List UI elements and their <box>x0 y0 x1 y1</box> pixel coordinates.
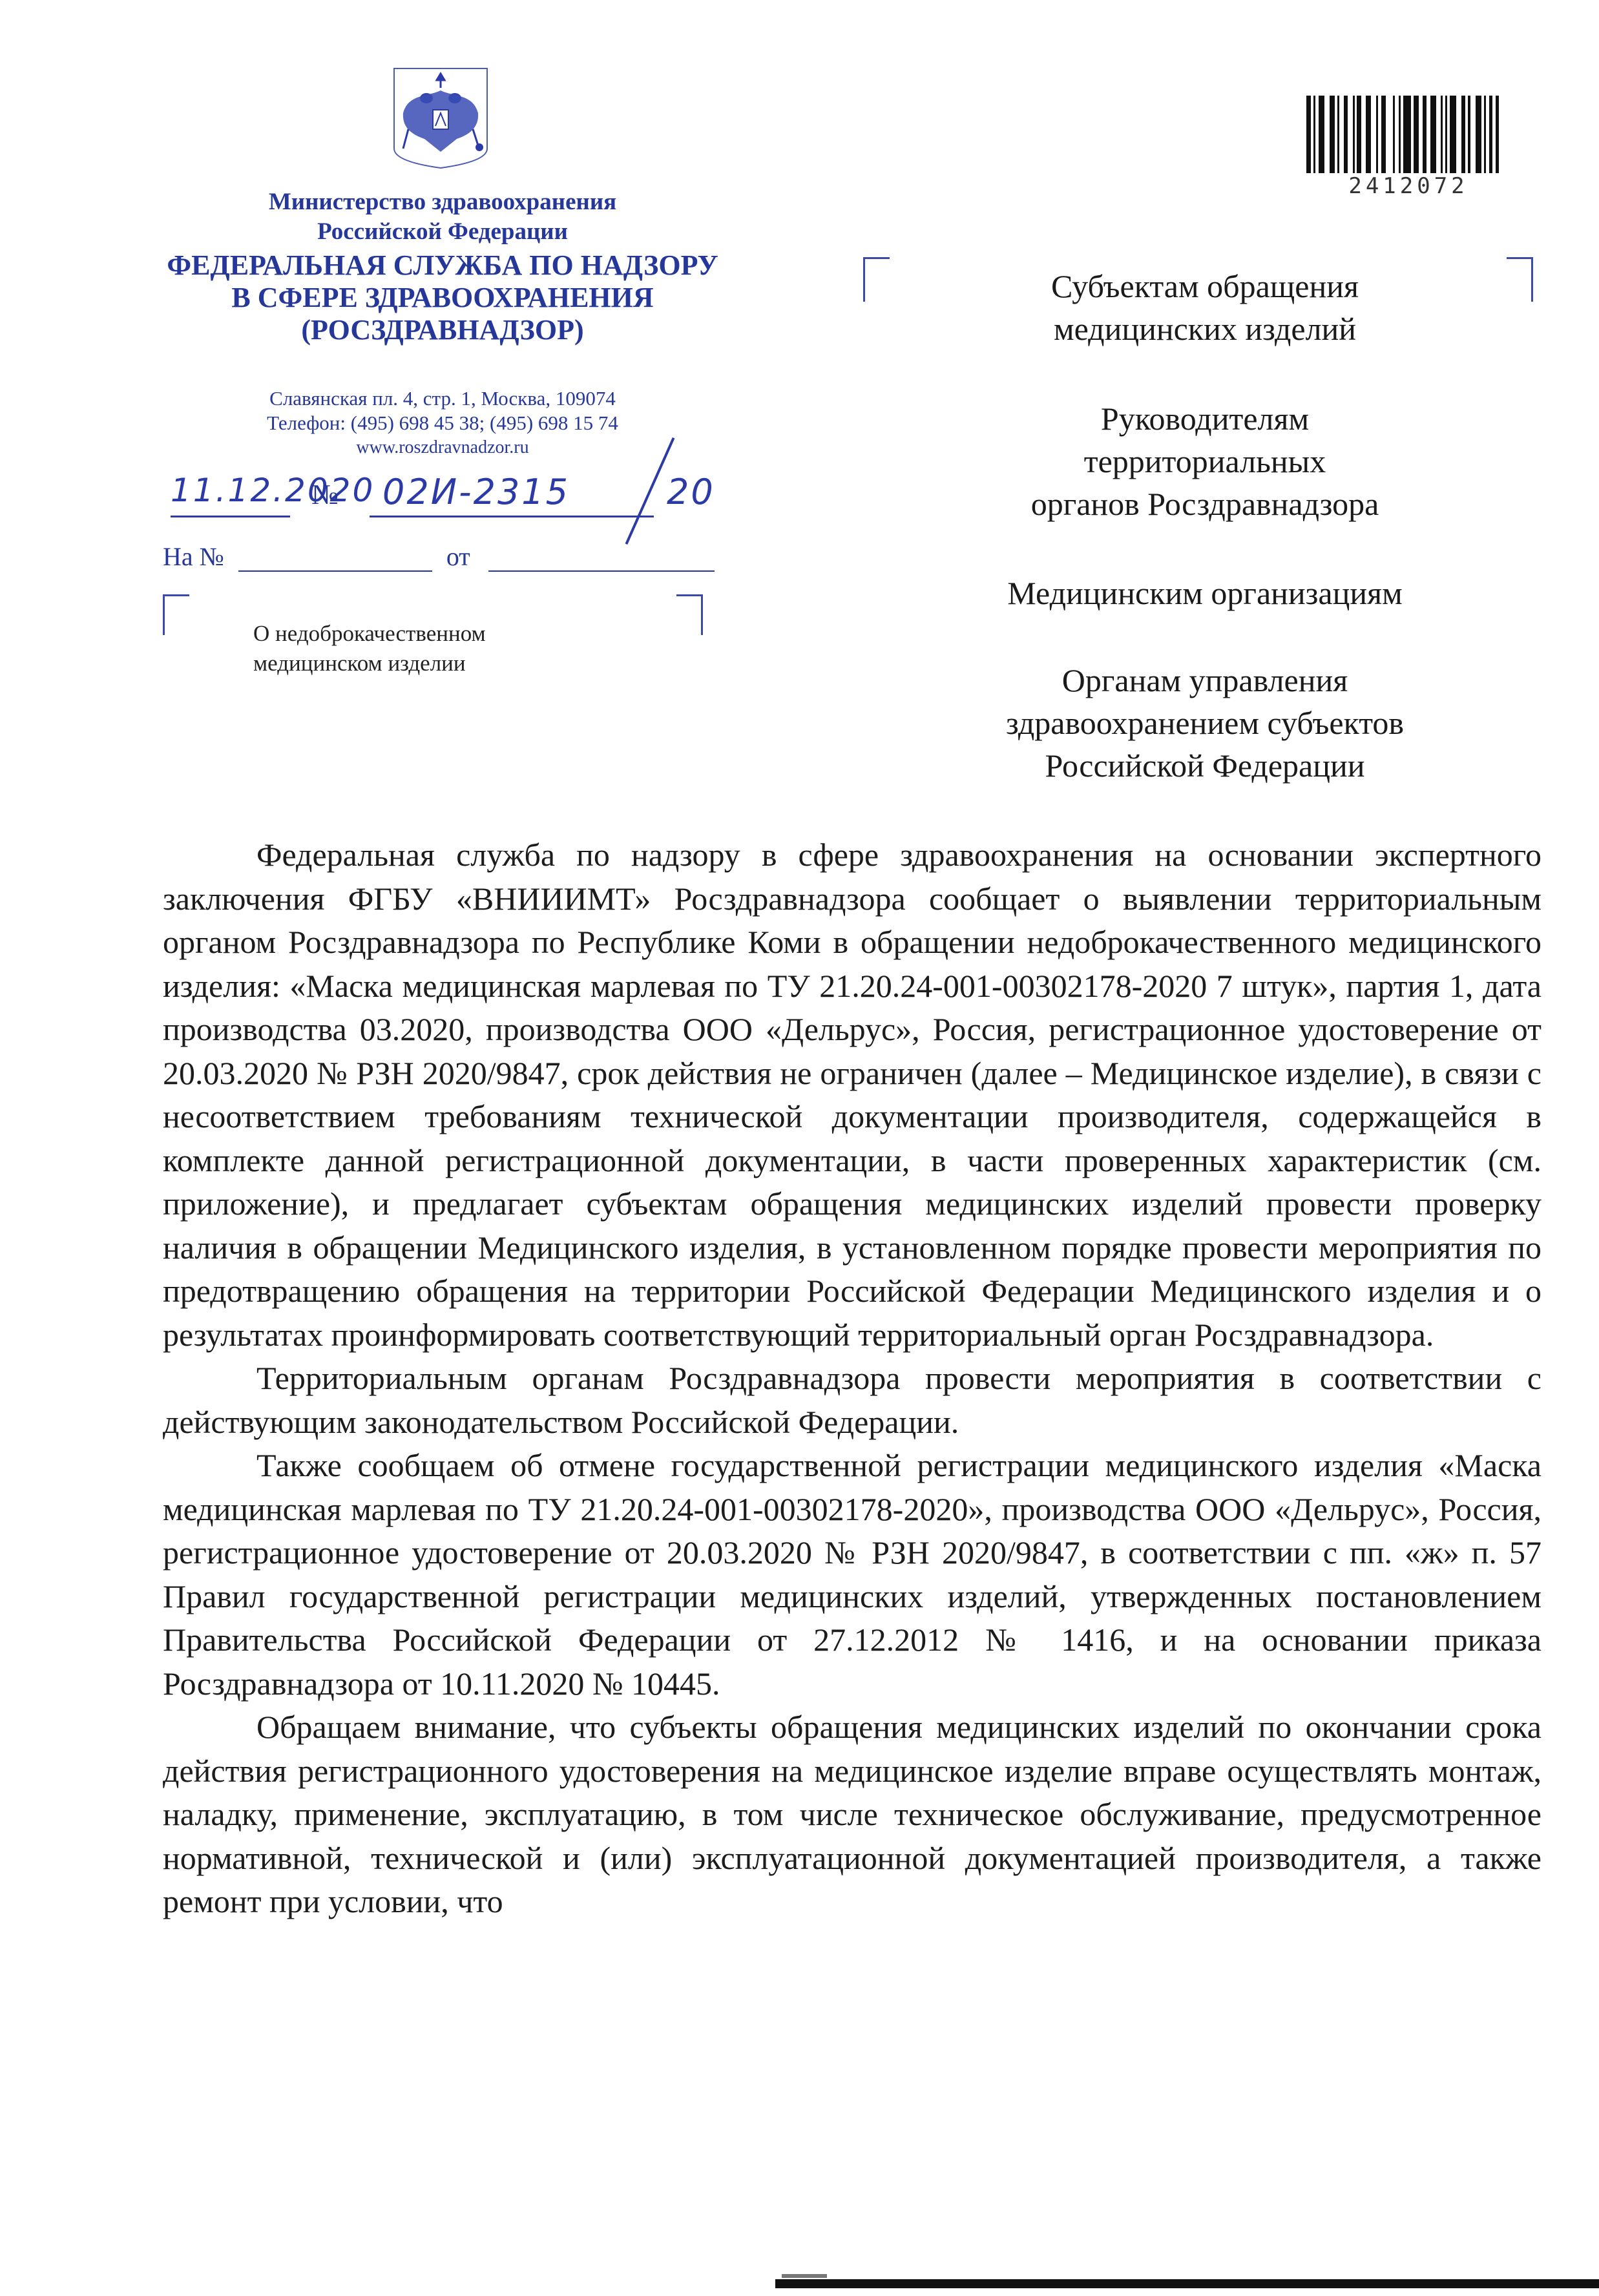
addressee-line: органов Росздравнадзора <box>924 483 1486 525</box>
scan-edge-shadow <box>775 2279 1599 2288</box>
subject: О недоброкачественном медицинском издели… <box>253 619 486 678</box>
addressee-line: Медицинским организациям <box>924 572 1486 614</box>
addressee-line: территориальных <box>924 440 1486 483</box>
service-line-3: (РОСЗДРАВНАДЗОР) <box>162 314 724 346</box>
addressee-line: Российской Федерации <box>924 744 1486 787</box>
body-paragraph-2: Территориальным органам Росздравнадзора … <box>163 1357 1542 1444</box>
subject-line-2: медицинском изделии <box>253 649 486 678</box>
letter-body: Федеральная служба по надзору в сфере зд… <box>163 833 1542 1924</box>
postal-address: Славянская пл. 4, стр. 1, Москва, 109074 <box>194 386 691 411</box>
contact-block: Славянская пл. 4, стр. 1, Москва, 109074… <box>194 386 691 460</box>
body-paragraph-4: Обращаем внимание, что субъекты обращени… <box>163 1706 1542 1924</box>
reply-from-label: от <box>446 542 470 571</box>
subject-bracket-right <box>676 594 703 635</box>
phone-numbers: Телефон: (495) 698 45 38; (495) 698 15 7… <box>194 411 691 435</box>
service-line-2: В СФЕРЕ ЗДРАВООХРАНЕНИЯ <box>162 282 724 314</box>
ministry-name: Министерство здравоохранения Российской … <box>194 187 691 247</box>
website-link[interactable]: www.roszdravnadzor.ru <box>194 435 691 460</box>
registration-date: 11.12.2020 <box>171 472 290 517</box>
addressee-line: здравоохранением субъектов <box>924 702 1486 744</box>
addressee-line: медицинских изделий <box>924 308 1486 350</box>
body-paragraph-3: Также сообщаем об отмене государственной… <box>163 1444 1542 1706</box>
subject-bracket-left <box>163 594 189 635</box>
addressee-line: Органам управления <box>924 659 1486 702</box>
reply-date-field <box>488 548 715 572</box>
service-name: ФЕДЕРАЛЬНАЯ СЛУЖБА ПО НАДЗОРУ В СФЕРЕ ЗД… <box>162 249 724 346</box>
subject-line-1: О недоброкачественном <box>253 619 486 649</box>
body-paragraph-1: Федеральная служба по надзору в сфере зд… <box>163 833 1542 1357</box>
scan-artifact <box>782 2274 827 2278</box>
addressee-group-2: Руководителям территориальных органов Ро… <box>924 397 1486 525</box>
reply-number-field <box>238 548 432 572</box>
service-line-1: ФЕДЕРАЛЬНАЯ СЛУЖБА ПО НАДЗОРУ <box>162 249 724 282</box>
barcode-number: 2412072 <box>1331 173 1486 199</box>
addressee-group-4: Органам управления здравоохранением субъ… <box>924 659 1486 787</box>
coat-of-arms-emblem-icon <box>389 65 492 178</box>
registration-line: 11.12.2020 № 02И-2315 20 <box>163 472 873 523</box>
ministry-line-1: Министерство здравоохранения <box>194 187 691 217</box>
reply-to-label: На № <box>163 542 224 571</box>
addressee-group-3: Медицинским организациям <box>924 572 1486 614</box>
addressee-group-1: Субъектам обращения медицинских изделий <box>924 265 1486 350</box>
number-sign: № <box>311 478 339 511</box>
registration-number: 02И-2315 <box>370 472 654 517</box>
addressee-line: Субъектам обращения <box>924 265 1486 308</box>
addressee-bracket-left <box>863 257 890 302</box>
addressee-line: Руководителям <box>924 397 1486 440</box>
ministry-line-2: Российской Федерации <box>194 217 691 247</box>
addressee-bracket-right <box>1507 257 1533 302</box>
reply-reference-line: На № от <box>163 541 715 572</box>
registration-year-suffix: 20 <box>667 472 715 512</box>
barcode <box>1306 96 1500 173</box>
